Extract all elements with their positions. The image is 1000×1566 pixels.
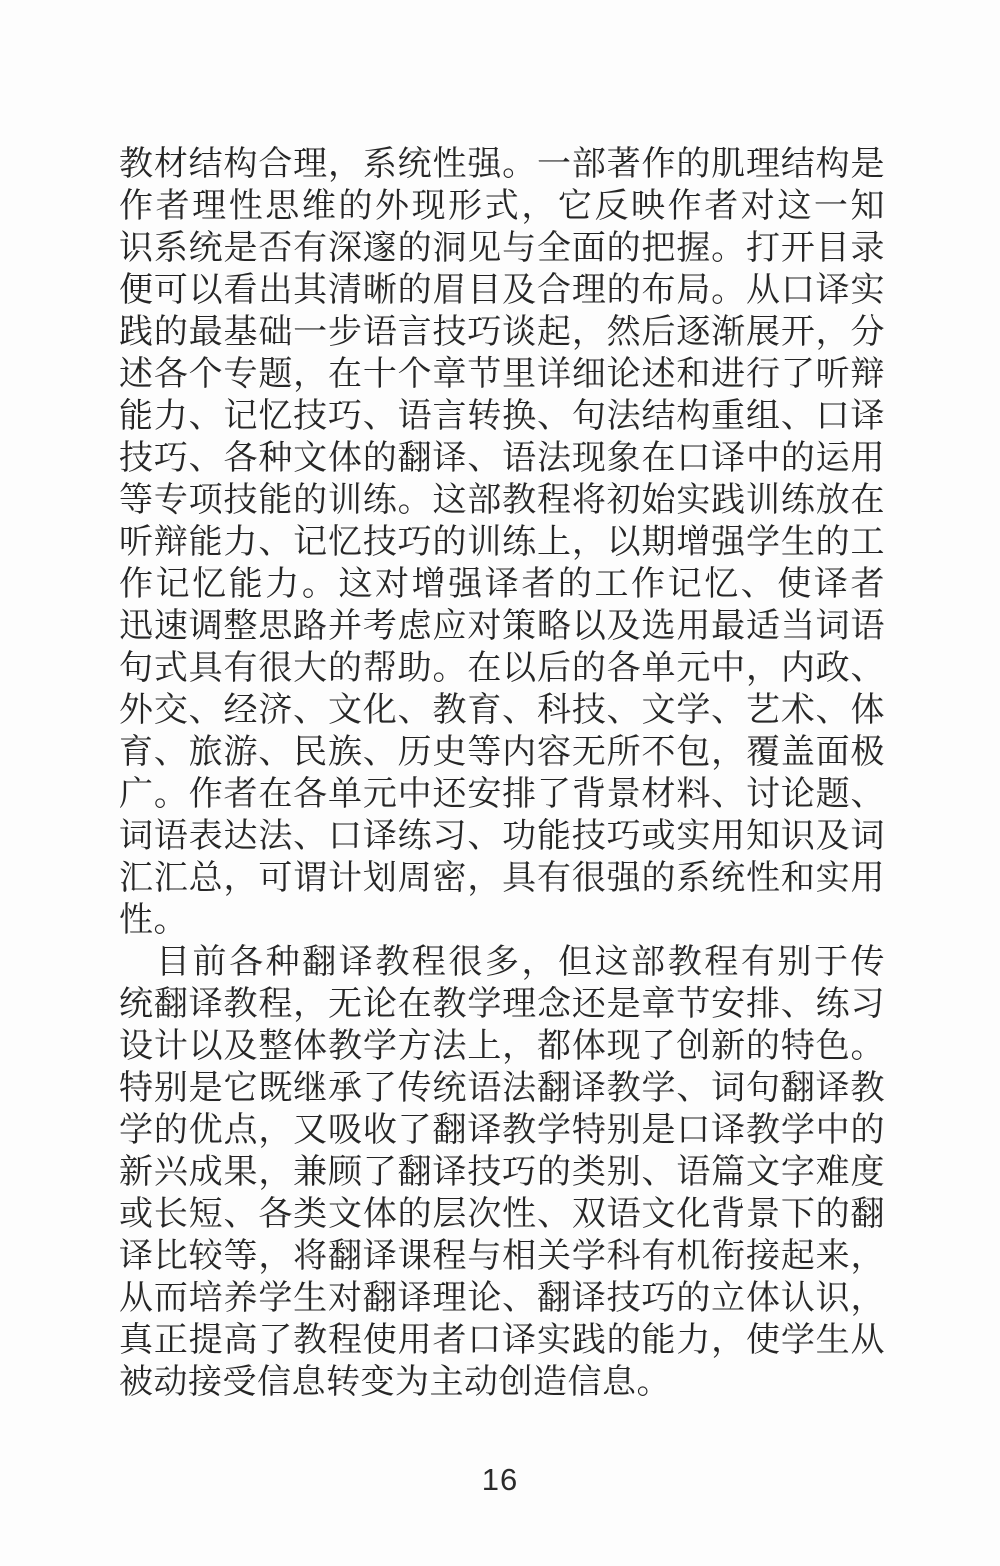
text-line: 教材结构合理，系统性强。一部著作的肌理结构是 (119, 144, 885, 186)
text-line: 听辩能力、记忆技巧的训练上，以期增强学生的工 (119, 522, 885, 564)
text-line: 践的最基础一步语言技巧谈起，然后逐渐展开，分 (119, 312, 885, 354)
text-line: 统翻译教程，无论在教学理念还是章节安排、练习 (119, 984, 885, 1026)
text-line: 作者理性思维的外现形式，它反映作者对这一知 (119, 186, 885, 228)
text-line: 性。 (119, 900, 885, 942)
text-line: 被动接受信息转变为主动创造信息。 (119, 1362, 885, 1404)
text-line: 特别是它既继承了传统语法翻译教学、词句翻译教 (119, 1068, 885, 1110)
text-line: 育、旅游、民族、历史等内容无所不包，覆盖面极 (119, 732, 885, 774)
text-line: 新兴成果，兼顾了翻译技巧的类别、语篇文字难度 (119, 1152, 885, 1194)
text-line: 外交、经济、文化、教育、科技、文学、艺术、体 (119, 690, 885, 732)
text-line: 句式具有很大的帮助。在以后的各单元中，内政、 (119, 648, 885, 690)
text-line: 学的优点，又吸收了翻译教学特别是口译教学中的 (119, 1110, 885, 1152)
body-text: 教材结构合理，系统性强。一部著作的肌理结构是作者理性思维的外现形式，它反映作者对… (119, 144, 885, 1404)
text-line: 真正提高了教程使用者口译实践的能力，使学生从 (119, 1320, 885, 1362)
text-line: 汇汇总，可谓计划周密，具有很强的系统性和实用 (119, 858, 885, 900)
text-line: 技巧、各种文体的翻译、语法现象在口译中的运用 (119, 438, 885, 480)
text-line: 能力、记忆技巧、语言转换、句法结构重组、口译 (119, 396, 885, 438)
text-line: 作记忆能力。这对增强译者的工作记忆、使译者 (119, 564, 885, 606)
text-line: 译比较等，将翻译课程与相关学科有机衔接起来， (119, 1236, 885, 1278)
text-line: 或长短、各类文体的层次性、双语文化背景下的翻 (119, 1194, 885, 1236)
text-line: 从而培养学生对翻译理论、翻译技巧的立体认识， (119, 1278, 885, 1320)
text-line: 设计以及整体教学方法上，都体现了创新的特色。 (119, 1026, 885, 1068)
text-line: 识系统是否有深邃的洞见与全面的把握。打开目录 (119, 228, 885, 270)
text-line: 便可以看出其清晰的眉目及合理的布局。从口译实 (119, 270, 885, 312)
page-number: 16 (0, 1462, 1000, 1498)
text-line: 迅速调整思路并考虑应对策略以及选用最适当词语 (119, 606, 885, 648)
text-line: 广。作者在各单元中还安排了背景材料、讨论题、 (119, 774, 885, 816)
book-page: 教材结构合理，系统性强。一部著作的肌理结构是作者理性思维的外现形式，它反映作者对… (0, 0, 1000, 1566)
text-line: 等专项技能的训练。这部教程将初始实践训练放在 (119, 480, 885, 522)
text-line: 词语表达法、口译练习、功能技巧或实用知识及词 (119, 816, 885, 858)
text-line: 目前各种翻译教程很多，但这部教程有别于传 (119, 942, 885, 984)
text-line: 述各个专题，在十个章节里详细论述和进行了听辩 (119, 354, 885, 396)
